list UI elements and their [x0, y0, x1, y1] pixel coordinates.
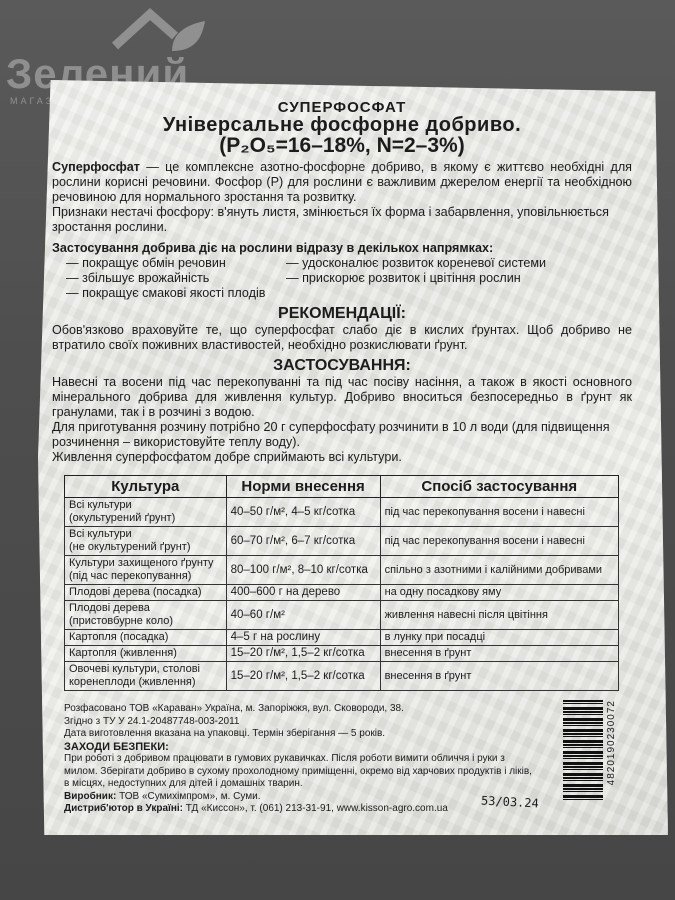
table-row: Картопля (живлення)15–20 г/м², 1,5–2 кг/…: [65, 646, 619, 662]
crop-cell: Картопля (живлення): [65, 646, 227, 662]
effects-heading: Застосування добрива діє на рослини відр…: [52, 241, 632, 256]
rate-cell: 40–50 г/м², 4–5 кг/сотка: [226, 498, 380, 527]
usage-text-2: Для приготування розчину потрібно 20 г с…: [52, 420, 632, 450]
rate-cell: 4–5 г на рослину: [226, 630, 380, 646]
table-row: Плодові дерева(пристовбурне коло)40–60 г…: [65, 601, 619, 630]
effect-row: — покращує обмін речовин— удосконалює ро…: [52, 256, 632, 271]
safety-text: При роботі з добривом працювати в гумови…: [64, 753, 534, 791]
footer-info: Розфасовано ТОВ «Караван» Україна, м. За…: [64, 703, 632, 816]
safety-heading: ЗАХОДИ БЕЗПЕКИ:: [64, 741, 632, 754]
rate-cell: 400–600 г на дерево: [226, 585, 380, 601]
intro-bold: Суперфосфат: [52, 160, 140, 174]
distributor-value: ТД «Киссон», т. (061) 213-31-91, www.kis…: [183, 803, 448, 814]
usage-text-3: Живлення суперфосфатом добре сприймають …: [52, 450, 632, 465]
barcode: [563, 700, 603, 800]
effect-row: — збільшує врожайність— прискорює розвит…: [52, 271, 632, 286]
standard: Згідно з ТУ У 24.1-20487748-003-2011: [64, 716, 632, 729]
table-row: Овочеві культури, столовікоренеплоди (жи…: [65, 662, 619, 691]
table-header-cell: Норми внесення: [226, 476, 380, 498]
table-row: Всі культури(не окультурений ґрунт)60–70…: [65, 527, 619, 556]
usage-heading: ЗАСТОСУВАННЯ:: [52, 357, 632, 375]
rate-cell: 15–20 г/м², 1,5–2 кг/сотка: [226, 662, 380, 691]
crop-cell: Плодові дерева(пристовбурне коло): [65, 601, 227, 630]
title-main: Універсальне фосфорне добриво.: [52, 115, 632, 135]
method-cell: внесення в ґрунт: [380, 646, 618, 662]
rate-cell: 40–60 г/м²: [226, 601, 380, 630]
effect-item: — збільшує врожайність: [52, 271, 286, 286]
effect-item: — прискорює розвиток і цвітіння рослин: [286, 271, 521, 286]
method-cell: живлення навесні після цвітіння: [380, 601, 618, 630]
crop-cell: Культури захищеного ґрунту(під час перек…: [65, 556, 227, 585]
effect-item: — покращує обмін речовин: [52, 256, 286, 271]
crop-cell: Картопля (посадка): [65, 630, 227, 646]
table-header-cell: Культура: [65, 476, 227, 498]
effect-row: — покращує смакові якості плодів: [52, 286, 632, 301]
distributor: Дистриб'ютор в Україні: ТД «Киссон», т. …: [64, 803, 632, 816]
method-cell: під час перекопування восени і навесні: [380, 527, 618, 556]
table-header-row: КультураНорми внесенняСпосіб застосуванн…: [65, 476, 619, 498]
usage-text-1: Навесні та восени під час перекопуванні …: [52, 375, 632, 420]
effects-list: — покращує обмін речовин— удосконалює ро…: [52, 256, 632, 301]
intro-paragraph: Суперфосфат — це комплексне азотно-фосфо…: [52, 160, 632, 205]
table-row: Всі культури(окультурений ґрунт)40–50 г/…: [65, 498, 619, 527]
manufacturer-label: Виробник:: [64, 791, 116, 802]
rate-cell: 15–20 г/м², 1,5–2 кг/сотка: [226, 646, 380, 662]
method-cell: спільно з азотними і калійними добривами: [380, 556, 618, 585]
table-row: Культури захищеного ґрунту(під час перек…: [65, 556, 619, 585]
distributor-label: Дистриб'ютор в Україні:: [64, 803, 183, 814]
batch-code: 53/03.24: [481, 793, 539, 810]
barcode-number: 4820190230072: [606, 700, 617, 785]
application-rates-table: КультураНорми внесенняСпосіб застосуванн…: [64, 475, 619, 691]
rate-cell: 80–100 г/м², 8–10 кг/сотка: [226, 556, 380, 585]
method-cell: в лунку при посадці: [380, 630, 618, 646]
crop-cell: Плодові дерева (посадка): [65, 585, 227, 601]
label-content: СУПЕРФОСФАТ Універсальне фосфорне добрив…: [52, 100, 632, 816]
crop-cell: Всі культури(окультурений ґрунт): [65, 498, 227, 527]
intro-text: — це комплексне азотно-фосфорне добриво,…: [52, 160, 632, 204]
recommendations-text: Обов'язково враховуйте те, що суперфосфа…: [52, 323, 632, 353]
product-title: СУПЕРФОСФАТ Універсальне фосфорне добрив…: [52, 100, 632, 156]
method-cell: під час перекопування восени і навесні: [380, 498, 618, 527]
rate-cell: 60–70 г/м², 6–7 кг/сотка: [226, 527, 380, 556]
title-small: СУПЕРФОСФАТ: [52, 100, 632, 115]
deficiency-text: Признаки нестачі фосфору: в'януть листя,…: [52, 205, 632, 235]
table-row: Картопля (посадка)4–5 г на рослинув лунк…: [65, 630, 619, 646]
table-row: Плодові дерева (посадка)400–600 г на дер…: [65, 585, 619, 601]
method-cell: на одну посадкову яму: [380, 585, 618, 601]
table-header-cell: Спосіб застосування: [380, 476, 618, 498]
manufacturer-value: ТОВ «Сумихімпром», м. Суми.: [116, 791, 260, 802]
manufacturer: Виробник: ТОВ «Сумихімпром», м. Суми.: [64, 791, 632, 804]
method-cell: внесення в ґрунт: [380, 662, 618, 691]
packed-by: Розфасовано ТОВ «Караван» Україна, м. За…: [64, 703, 632, 716]
crop-cell: Всі культури(не окультурений ґрунт): [65, 527, 227, 556]
effect-item: — покращує смакові якості плодів: [52, 286, 286, 301]
crop-cell: Овочеві культури, столовікоренеплоди (жи…: [65, 662, 227, 691]
recommendations-heading: РЕКОМЕНДАЦІЇ:: [52, 305, 632, 323]
effect-item: — удосконалює розвиток кореневої системи: [286, 256, 546, 271]
date-note: Дата виготовлення вказана на упаковці. Т…: [64, 728, 632, 741]
formula: (P₂O₅=16–18%, N=2–3%): [52, 135, 632, 156]
